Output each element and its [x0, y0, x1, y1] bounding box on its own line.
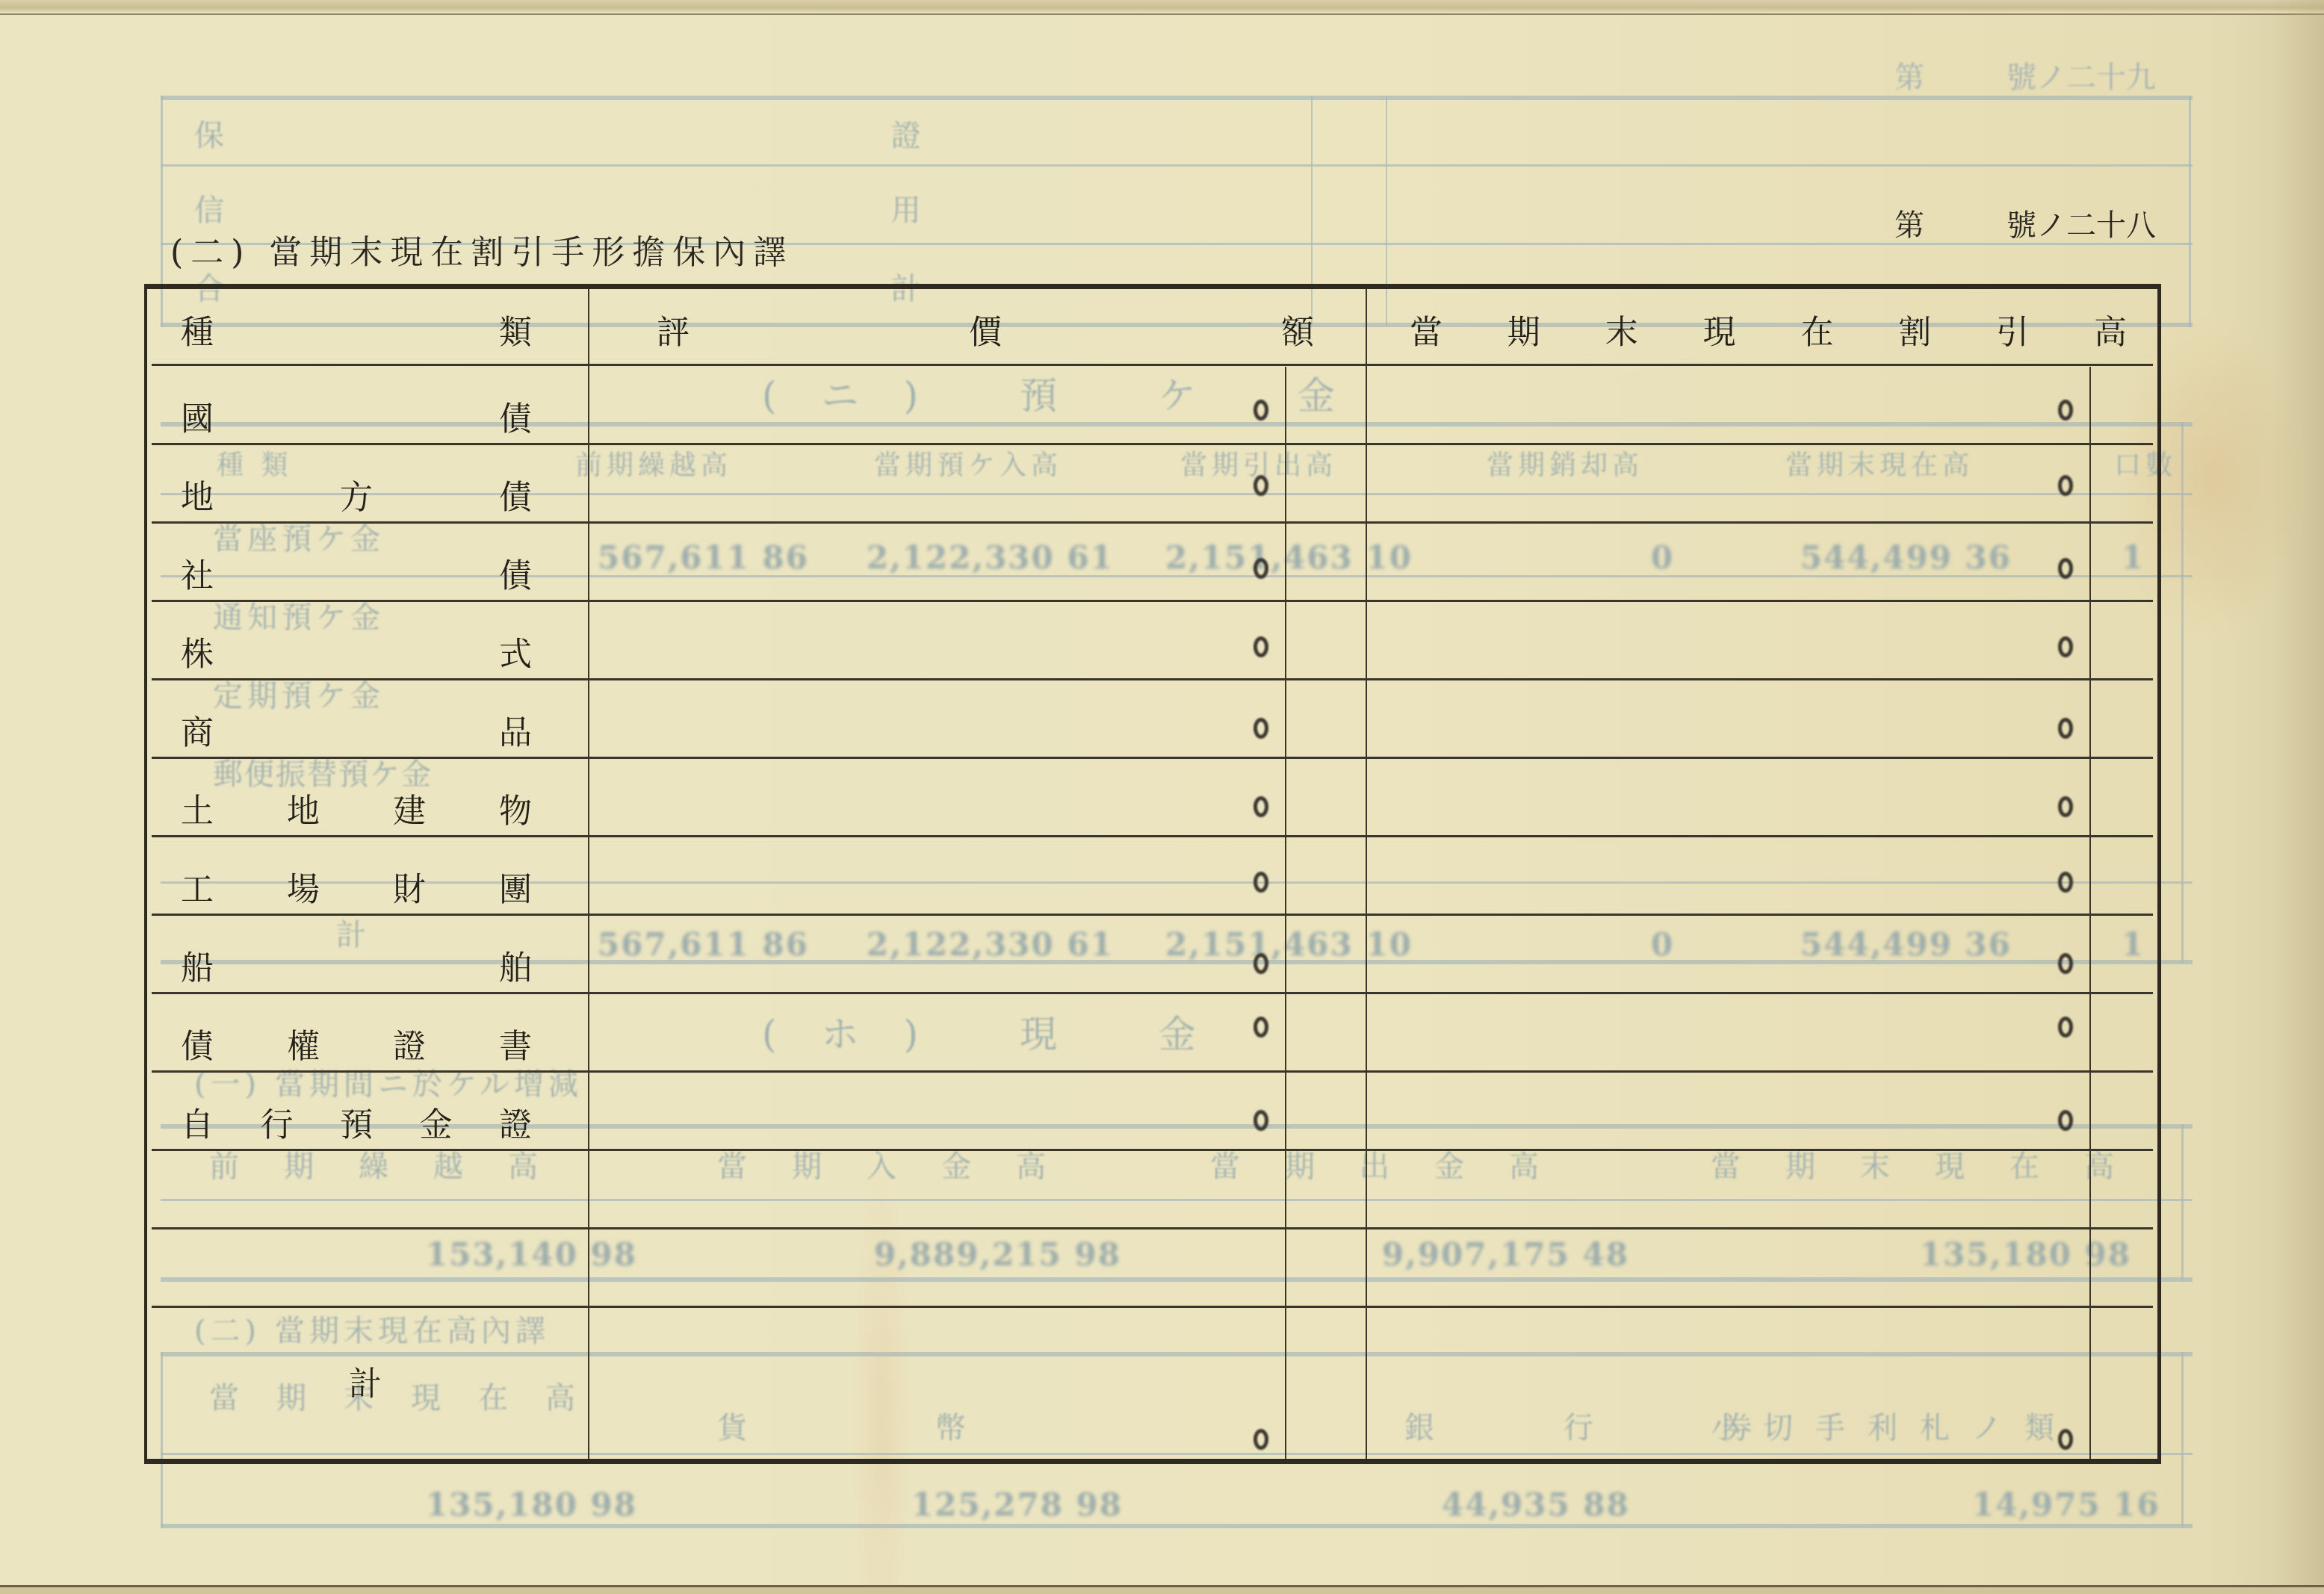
table-row: 商品 — [147, 680, 2157, 758]
table-row-total: 計 — [147, 1308, 2157, 1457]
valuation-zero — [1254, 953, 1268, 974]
valuation-total-zero — [1254, 1429, 1268, 1450]
ghost-rule — [161, 96, 2193, 100]
valuation-zero — [1254, 475, 1268, 496]
ghost-rule — [2189, 96, 2191, 327]
ghost-value: 44,935 88 — [1442, 1486, 1630, 1523]
row-label: 地方債 — [181, 471, 532, 518]
balance-zero — [2058, 872, 2073, 893]
valuation-zero — [1254, 796, 1268, 817]
ghost-rule — [2181, 1124, 2184, 1281]
row-divider — [152, 364, 2153, 366]
page-bottom-edge — [0, 1585, 2324, 1594]
valuation-zero — [1254, 636, 1268, 657]
table-row: 土地建物 — [147, 759, 2157, 837]
row-label: 土地建物 — [181, 784, 532, 832]
ghost-label: 信 用 — [194, 187, 1250, 229]
ghost-label: 保 證 — [194, 112, 1250, 155]
valuation-zero — [1254, 1017, 1268, 1038]
header-type: 種 類 — [181, 306, 532, 353]
row-label: 債權證書 — [181, 1020, 532, 1067]
page-fold-shadow — [2271, 0, 2324, 1594]
total-label: 計 — [349, 1357, 382, 1405]
valuation-zero — [1254, 558, 1268, 579]
header-valuation: 評 價 額 — [657, 306, 1314, 353]
header-row: 種 類 評 價 額 當 期 末 現 在 割 引 高 — [147, 289, 2157, 367]
valuation-zero — [1254, 1110, 1268, 1131]
scanned-page: 第號ノ二十九 保 證 信 用 合 計 (ニ) 預 ケ 金 種 類 前期繰越高 當… — [0, 0, 2324, 1594]
table-row: 債權證書 — [147, 994, 2157, 1072]
row-label: 工場財團 — [181, 863, 532, 911]
ghost-rule — [2181, 422, 2184, 964]
ghost-rule — [161, 1524, 2193, 1528]
section-title: (二) 當期末現在割引手形擔保內譯 — [170, 226, 793, 273]
valuation-zero — [1254, 400, 1268, 421]
table-row: 地方債 — [147, 445, 2157, 523]
table-row: 株式 — [147, 602, 2157, 680]
balance-zero — [2058, 796, 2073, 817]
table-row: 國債 — [147, 367, 2157, 444]
form-number: 第號ノ二十八 — [1894, 202, 2156, 244]
ghost-form-number: 第號ノ二十九 — [1894, 54, 2156, 96]
table-row: 自行預金證 — [147, 1073, 2157, 1150]
page-top-edge — [0, 0, 2324, 15]
ghost-rule — [2181, 1352, 2184, 1528]
row-label: 船舶 — [181, 941, 532, 989]
row-label: 自行預金證 — [181, 1098, 532, 1146]
ghost-value: 125,278 98 — [911, 1486, 1123, 1523]
balance-zero — [2058, 1110, 2073, 1131]
header-discount-balance: 當 期 末 現 在 割 引 高 — [1410, 306, 2127, 353]
row-label: 國債 — [181, 392, 532, 440]
valuation-zero — [1254, 718, 1268, 739]
ghost-rule — [161, 164, 2193, 167]
table-row-empty — [147, 1151, 2157, 1229]
table-row: 船舶 — [147, 916, 2157, 993]
table-row-empty — [147, 1229, 2157, 1307]
table-row: 社債 — [147, 524, 2157, 601]
balance-total-zero — [2058, 1429, 2073, 1450]
table-row: 工場財團 — [147, 837, 2157, 915]
discount-collateral-table: 種 類 評 價 額 當 期 末 現 在 割 引 高 — [144, 284, 2161, 1464]
balance-zero — [2058, 558, 2073, 579]
ghost-value: 135,180 98 — [426, 1486, 637, 1523]
balance-zero — [2058, 1017, 2073, 1038]
balance-zero — [2058, 718, 2073, 739]
row-label: 社債 — [181, 549, 532, 597]
row-label: 商品 — [181, 706, 532, 754]
balance-zero — [2058, 636, 2073, 657]
valuation-zero — [1254, 872, 1268, 893]
balance-zero — [2058, 400, 2073, 421]
row-label: 株式 — [181, 627, 532, 675]
balance-zero — [2058, 475, 2073, 496]
ghost-value: 14,975 16 — [1972, 1486, 2160, 1523]
balance-zero — [2058, 953, 2073, 974]
